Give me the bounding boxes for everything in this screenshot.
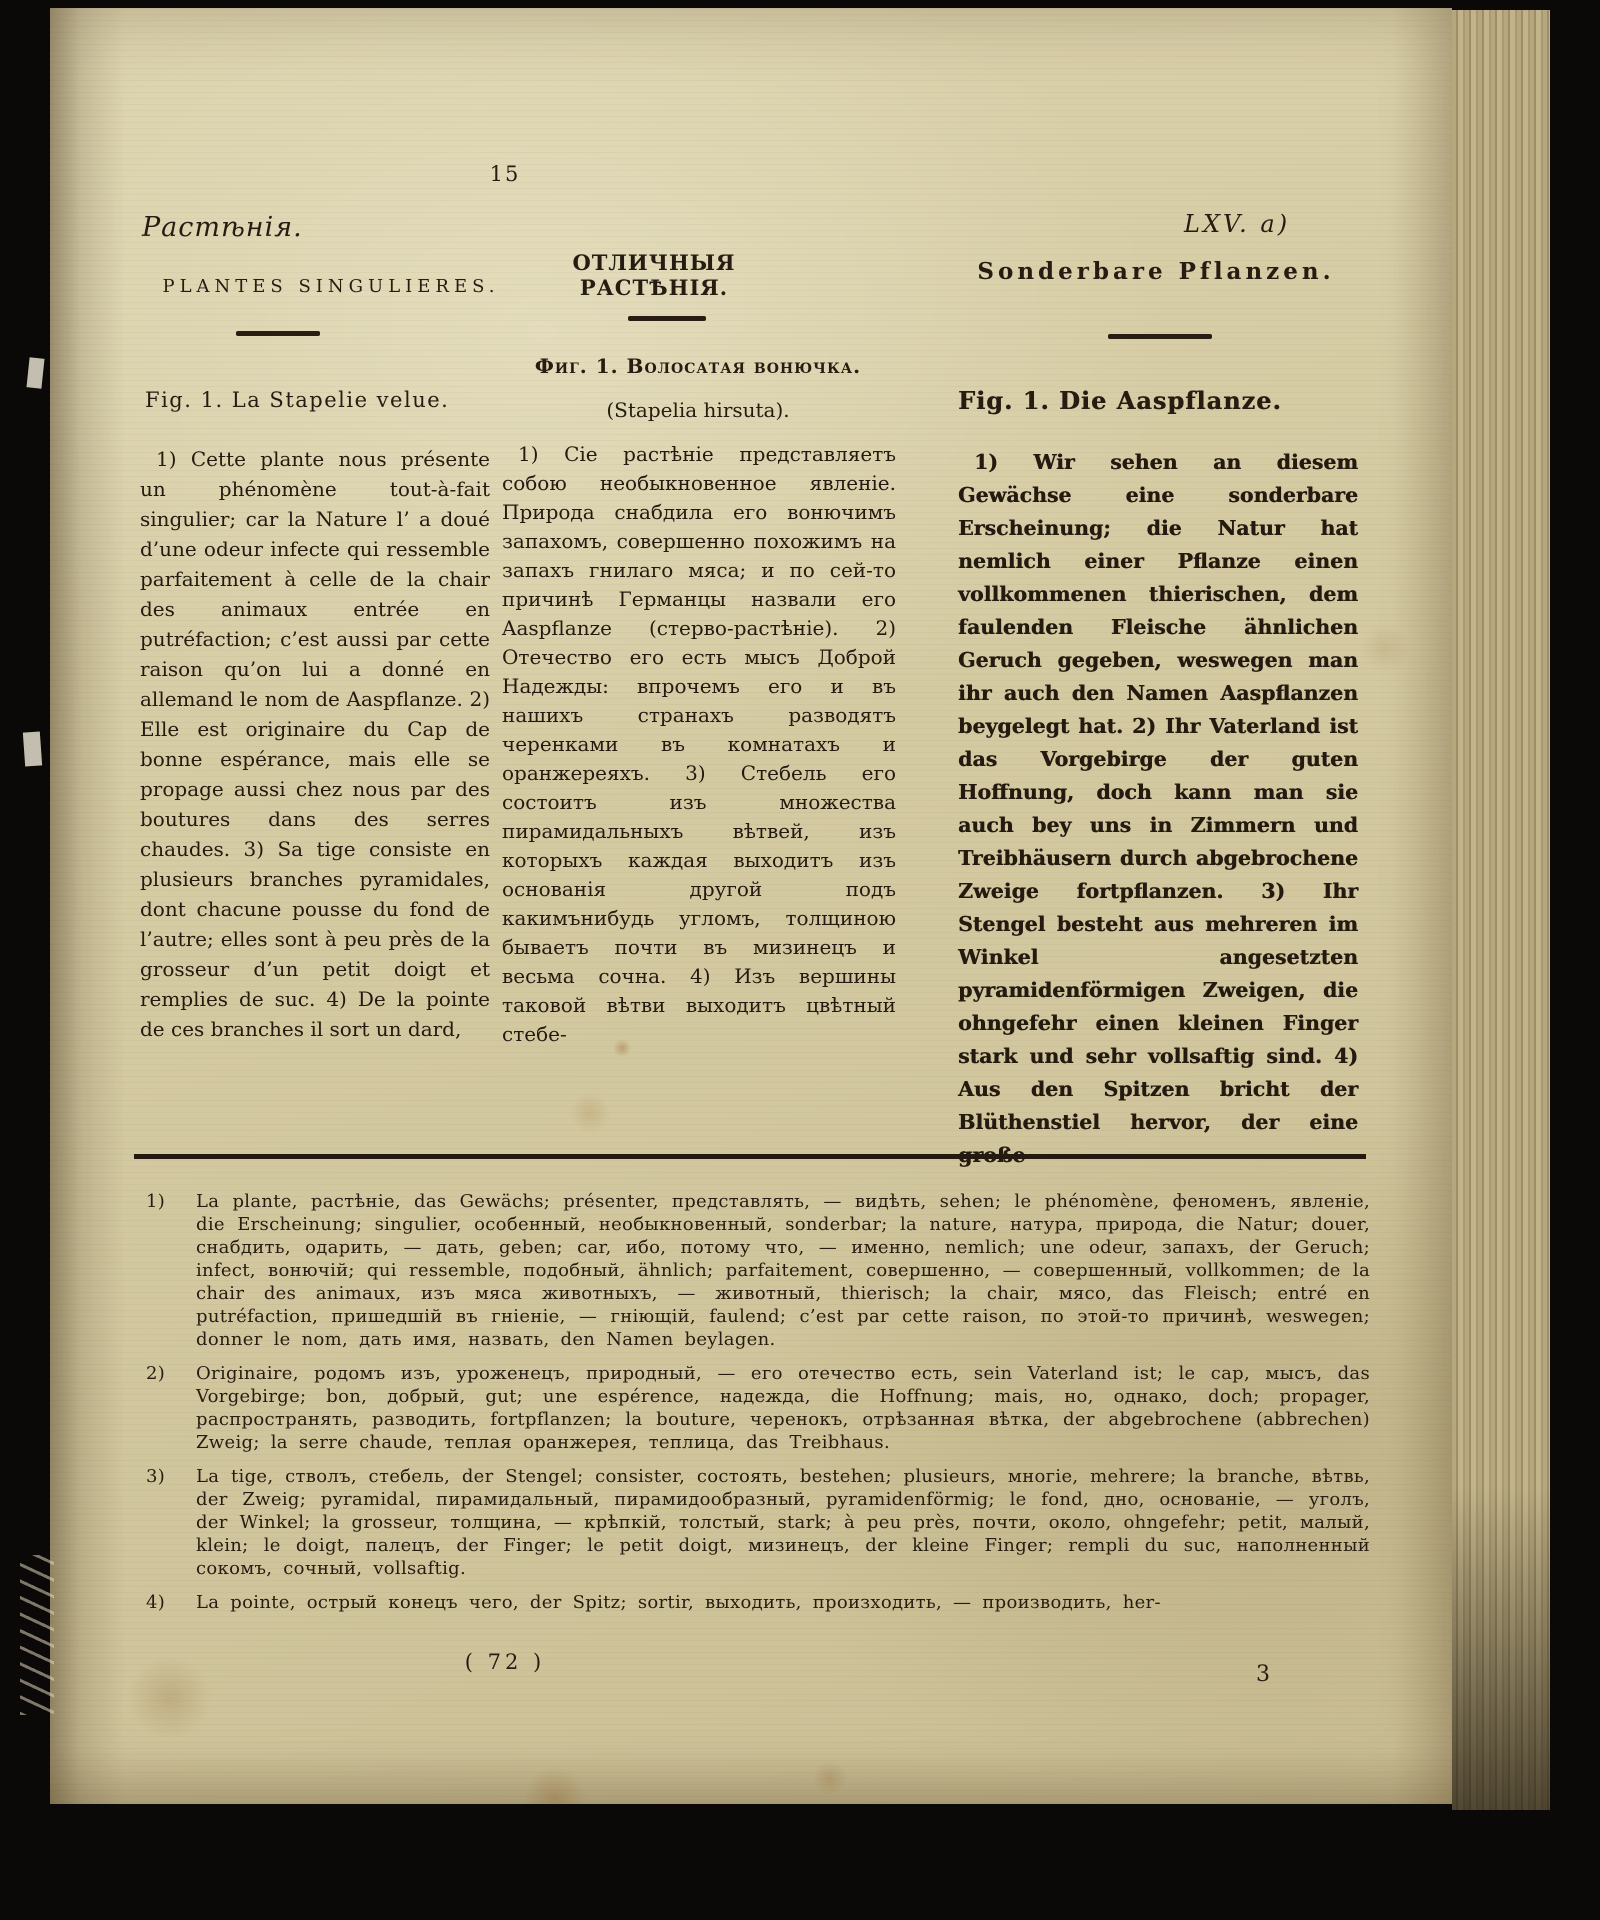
center-header-rule — [628, 316, 706, 321]
footnote: 3) La tige, стволъ, стебель, der Stengel… — [140, 1465, 1370, 1580]
footnote-number: 1) — [146, 1190, 165, 1213]
binding-stitches — [20, 1555, 54, 1715]
right-header-rule — [1108, 334, 1212, 339]
footnote-block: 1) La plante, растѣніе, das Gewächs; pré… — [140, 1190, 1370, 1625]
latin-species-name: (Stapelia hirsuta). — [500, 398, 896, 422]
footnote-text: Originaire, родомъ изъ, уроженецъ, приро… — [196, 1363, 1370, 1453]
left-column-subtitle: PLANTES SINGULIERES. — [150, 276, 512, 297]
german-text-column: 1) Wir sehen an diesem Gewächse eine son… — [958, 446, 1358, 1172]
folio-mark: ( 72 ) — [418, 1650, 592, 1674]
spine-mark — [23, 731, 42, 766]
footnote-number: 3) — [146, 1465, 165, 1488]
footnote-separator-rule — [134, 1154, 1366, 1159]
footnote: 2) Originaire, родомъ изъ, уроженецъ, пр… — [140, 1362, 1370, 1454]
footnote-number: 4) — [146, 1591, 165, 1614]
footnote: 1) La plante, растѣніе, das Gewächs; pré… — [140, 1190, 1370, 1351]
book-fore-edge — [1452, 10, 1550, 1810]
french-text-column: 1) Cette plante nous présente un phénomè… — [140, 444, 490, 1044]
left-column-title: Растѣнія. — [142, 212, 303, 243]
footnote-text: La plante, растѣніе, das Gewächs; présen… — [196, 1191, 1370, 1350]
page-number: 15 — [468, 162, 542, 186]
french-figure-caption: Fig. 1. La Stapelie velue. — [145, 388, 525, 412]
spine-mark — [26, 357, 44, 388]
russian-text-column: 1) Сіе растѣніе представляетъ собою необ… — [502, 440, 896, 1049]
russian-figure-caption: Фиг. 1. Волосатая вонючка. — [500, 354, 896, 378]
signature-mark: 3 — [1256, 1662, 1270, 1687]
footnote-number: 2) — [146, 1362, 165, 1385]
center-column-title: ОТЛИЧНЫЯ РАСТѢНІЯ. — [502, 250, 806, 300]
footnote-text: La pointe, острый конецъ чего, der Spitz… — [196, 1592, 1161, 1613]
left-header-rule — [236, 331, 320, 336]
footnote: 4) La pointe, острый конецъ чего, der Sp… — [140, 1591, 1370, 1614]
right-column-title: Sonderbare Pflanzen. — [953, 258, 1359, 285]
footnote-text: La tige, стволъ, стебель, der Stengel; c… — [196, 1466, 1370, 1579]
plate-reference: LXV. a) — [1184, 210, 1290, 238]
german-figure-caption: Fig. 1. Die Aaspflanze. — [958, 386, 1360, 415]
